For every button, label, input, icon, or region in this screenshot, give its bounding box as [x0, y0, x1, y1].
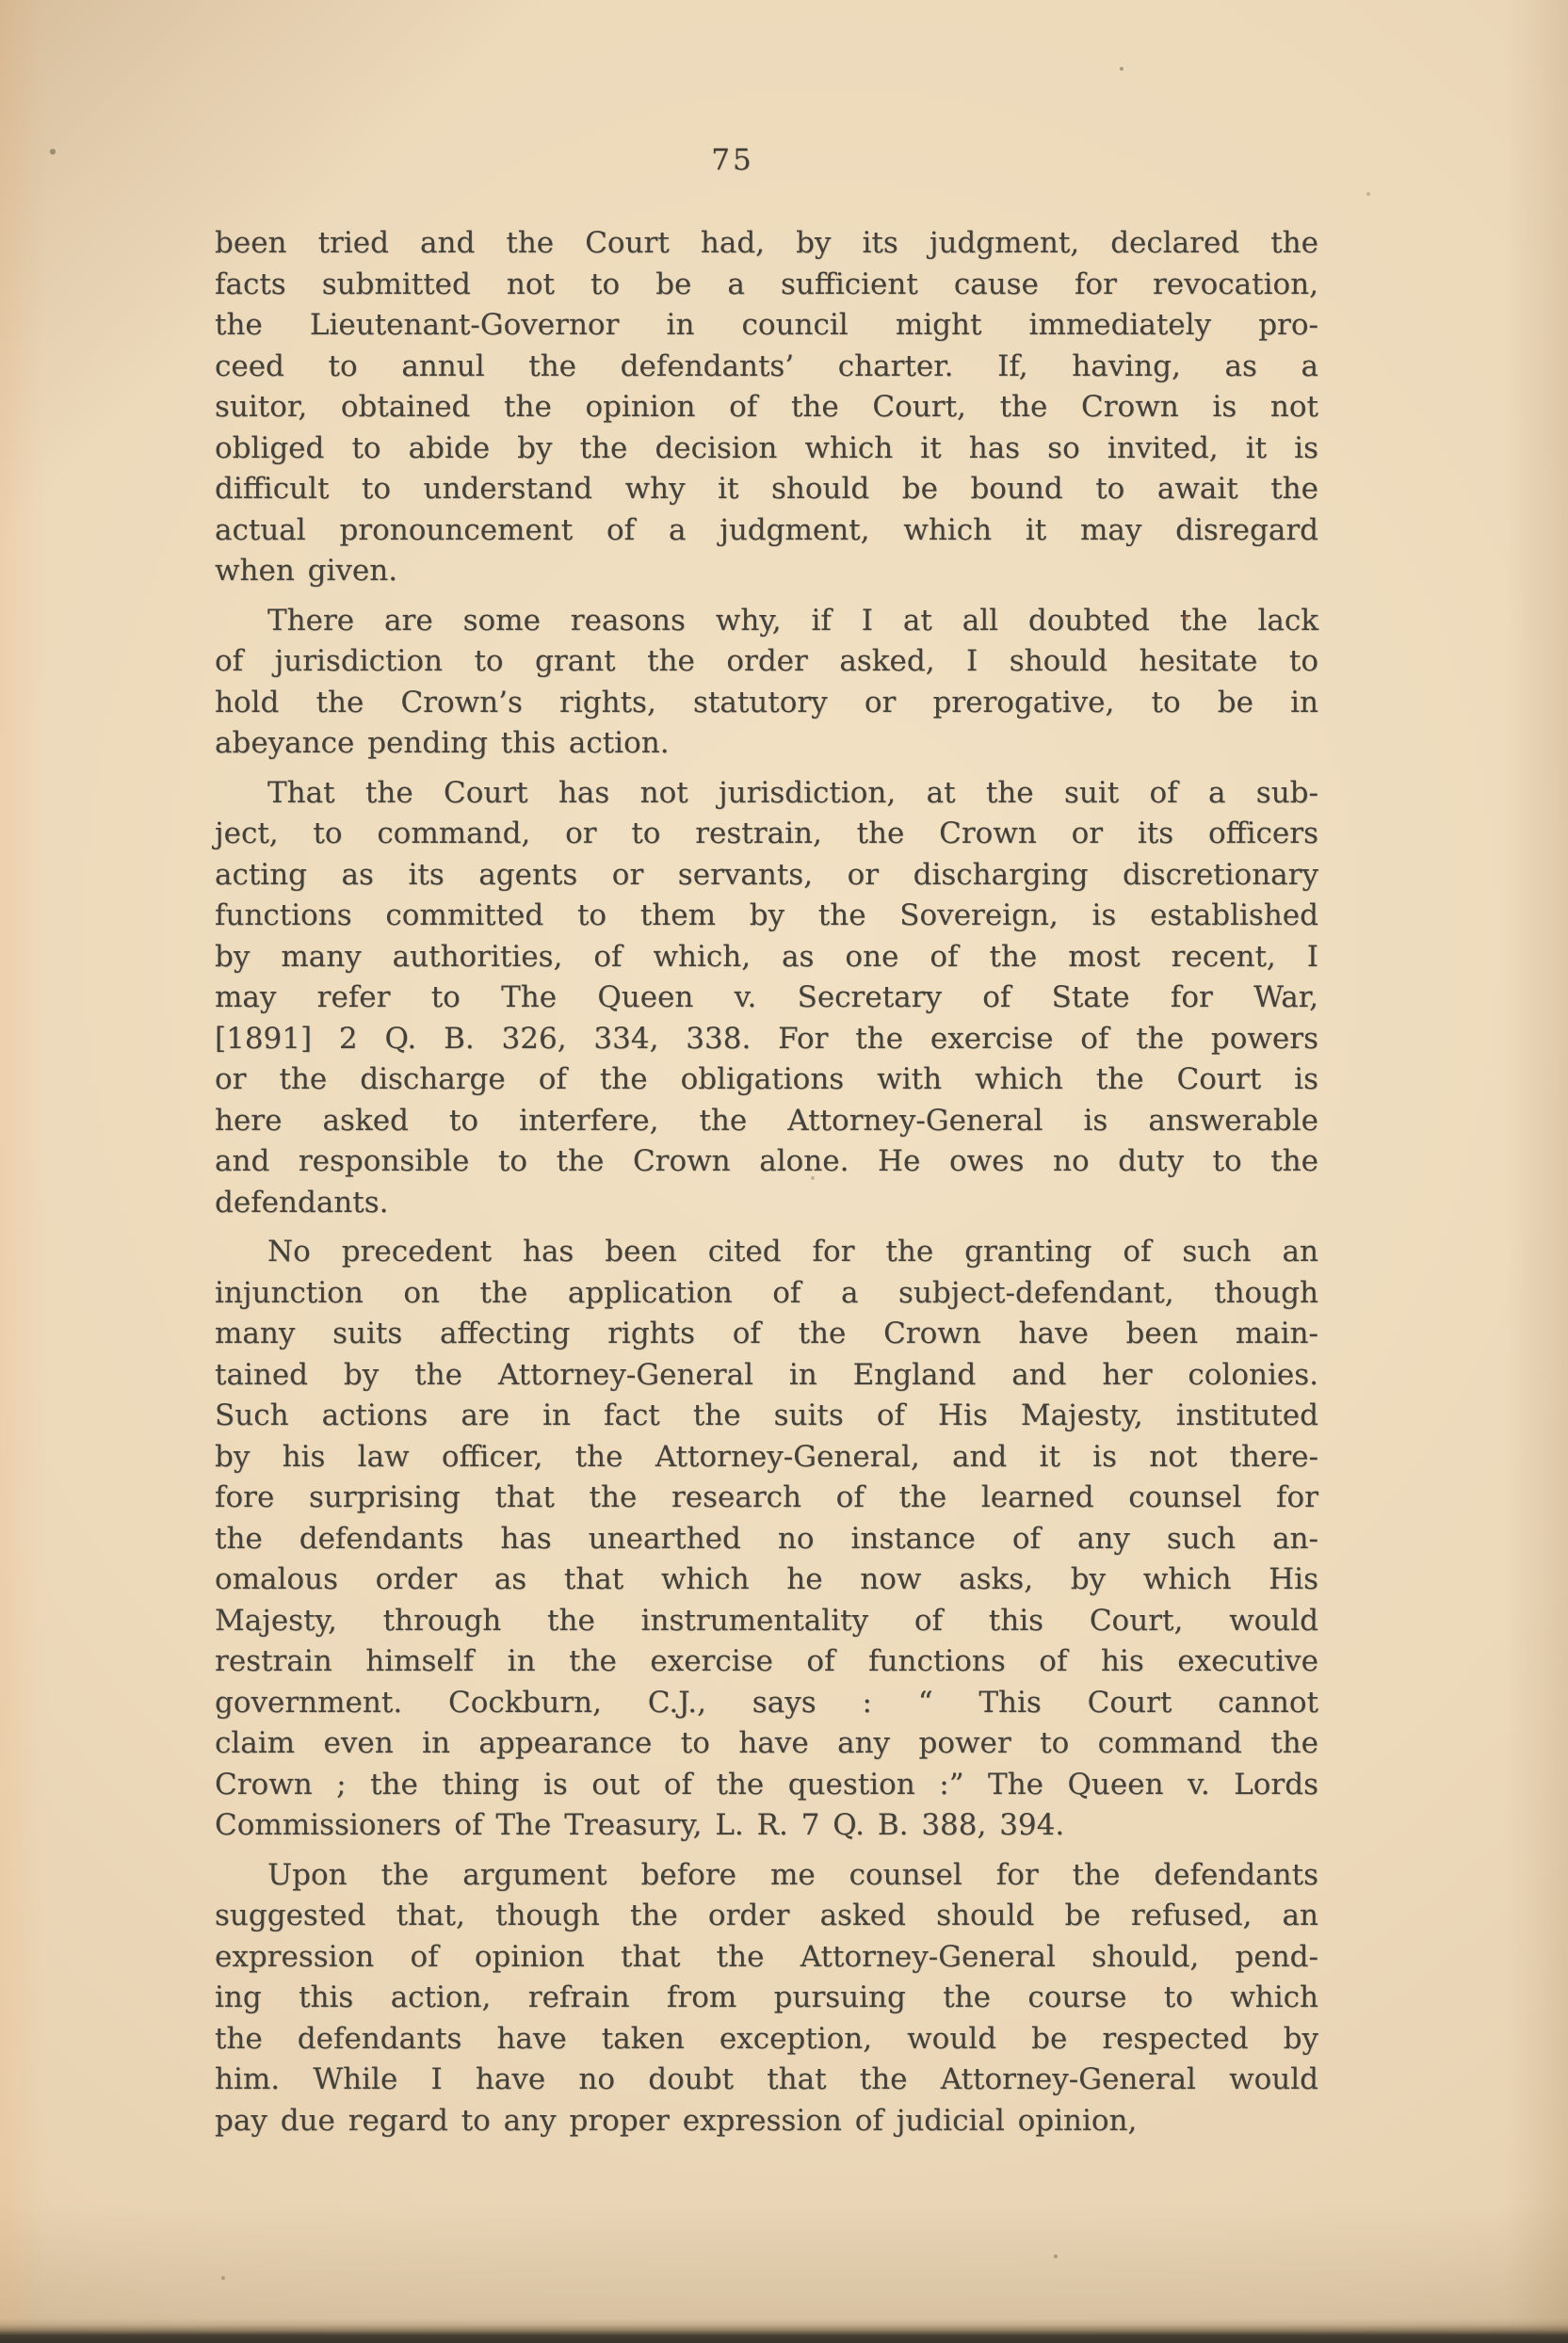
text-line: the Lieutenant-Governor in council might… [215, 305, 1318, 347]
text-line: by his law officer, the Attorney-General… [215, 1437, 1318, 1479]
page-text: been tried and the Court had, by its jud… [215, 223, 1318, 2141]
text-line: injunction on the application of a subje… [215, 1273, 1318, 1315]
text-line: No precedent has been cited for the gran… [215, 1232, 1318, 1273]
text-line: the defendants have taken exception, wou… [215, 2019, 1318, 2060]
page-bottom-edge-shadow [0, 2319, 1568, 2343]
text-line: That the Court has not jurisdiction, at … [215, 773, 1318, 815]
text-line: when given. [215, 551, 1318, 592]
text-line: difficult to understand why it should be… [215, 469, 1318, 510]
text-line: ing this action, refrain from pursuing t… [215, 1978, 1318, 2019]
text-line: There are some reasons why, if I at all … [215, 601, 1318, 642]
text-line: restrain himself in the exercise of func… [215, 1641, 1318, 1683]
text-line: Majesty, through the instrumentality of … [215, 1601, 1318, 1642]
text-line: many suits affecting rights of the Crown… [215, 1314, 1318, 1355]
text-line: the defendants has unearthed no instance… [215, 1519, 1318, 1560]
text-line: of jurisdiction to grant the order asked… [215, 641, 1318, 683]
text-line: pay due regard to any proper expression … [215, 2101, 1318, 2142]
text-line: [1891] 2 Q. B. 326, 334, 338. For the ex… [215, 1019, 1318, 1060]
paragraph: been tried and the Court had, by its jud… [215, 223, 1318, 592]
text-line: claim even in appearance to have any pow… [215, 1723, 1318, 1765]
text-line: or the discharge of the obligations with… [215, 1059, 1318, 1101]
text-line: obliged to abide by the decision which i… [215, 428, 1318, 470]
text-line: ject, to command, or to restrain, the Cr… [215, 814, 1318, 855]
page-number: 75 [215, 143, 1251, 177]
text-line: Upon the argument before me counsel for … [215, 1855, 1318, 1897]
text-line: him. While I have no doubt that the Atto… [215, 2060, 1318, 2101]
book-page-scan: 75 been tried and the Court had, by its … [0, 0, 1568, 2343]
text-line: may refer to The Queen v. Secretary of S… [215, 978, 1318, 1019]
text-line: tained by the Attorney-General in Englan… [215, 1355, 1318, 1397]
text-line: by many authorities, of which, as one of… [215, 937, 1318, 978]
text-line: Commissioners of The Treasury, L. R. 7 Q… [215, 1805, 1318, 1847]
text-line: expression of opinion that the Attorney-… [215, 1937, 1318, 1979]
paragraph: There are some reasons why, if I at all … [215, 601, 1318, 765]
text-line: actual pronouncement of a judgment, whic… [215, 510, 1318, 552]
paragraph: That the Court has not jurisdiction, at … [215, 773, 1318, 1224]
paragraph: No precedent has been cited for the gran… [215, 1232, 1318, 1847]
paper-specks [0, 0, 2, 2]
text-line: Crown ; the thing is out of the question… [215, 1765, 1318, 1806]
text-line: Such actions are in fact the suits of Hi… [215, 1396, 1318, 1437]
text-line: suitor, obtained the opinion of the Cour… [215, 387, 1318, 428]
text-line: omalous order as that which he now asks,… [215, 1559, 1318, 1601]
text-line: government. Cockburn, C.J., says : “ Thi… [215, 1683, 1318, 1724]
text-line: hold the Crown’s rights, statutory or pr… [215, 683, 1318, 724]
text-line: facts submitted not to be a sufficient c… [215, 265, 1318, 306]
text-line: here asked to interfere, the Attorney-Ge… [215, 1101, 1318, 1142]
text-line: defendants. [215, 1183, 1318, 1224]
text-line: acting as its agents or servants, or dis… [215, 855, 1318, 897]
text-line: abeyance pending this action. [215, 723, 1318, 765]
text-line: and responsible to the Crown alone. He o… [215, 1141, 1318, 1183]
text-line: suggested that, though the order asked s… [215, 1896, 1318, 1937]
paragraph: Upon the argument before me counsel for … [215, 1855, 1318, 2142]
text-line: functions committed to them by the Sover… [215, 896, 1318, 937]
text-line: ceed to annul the defendants’ charter. I… [215, 347, 1318, 388]
text-line: been tried and the Court had, by its jud… [215, 223, 1318, 265]
text-line: fore surprising that the research of the… [215, 1478, 1318, 1519]
